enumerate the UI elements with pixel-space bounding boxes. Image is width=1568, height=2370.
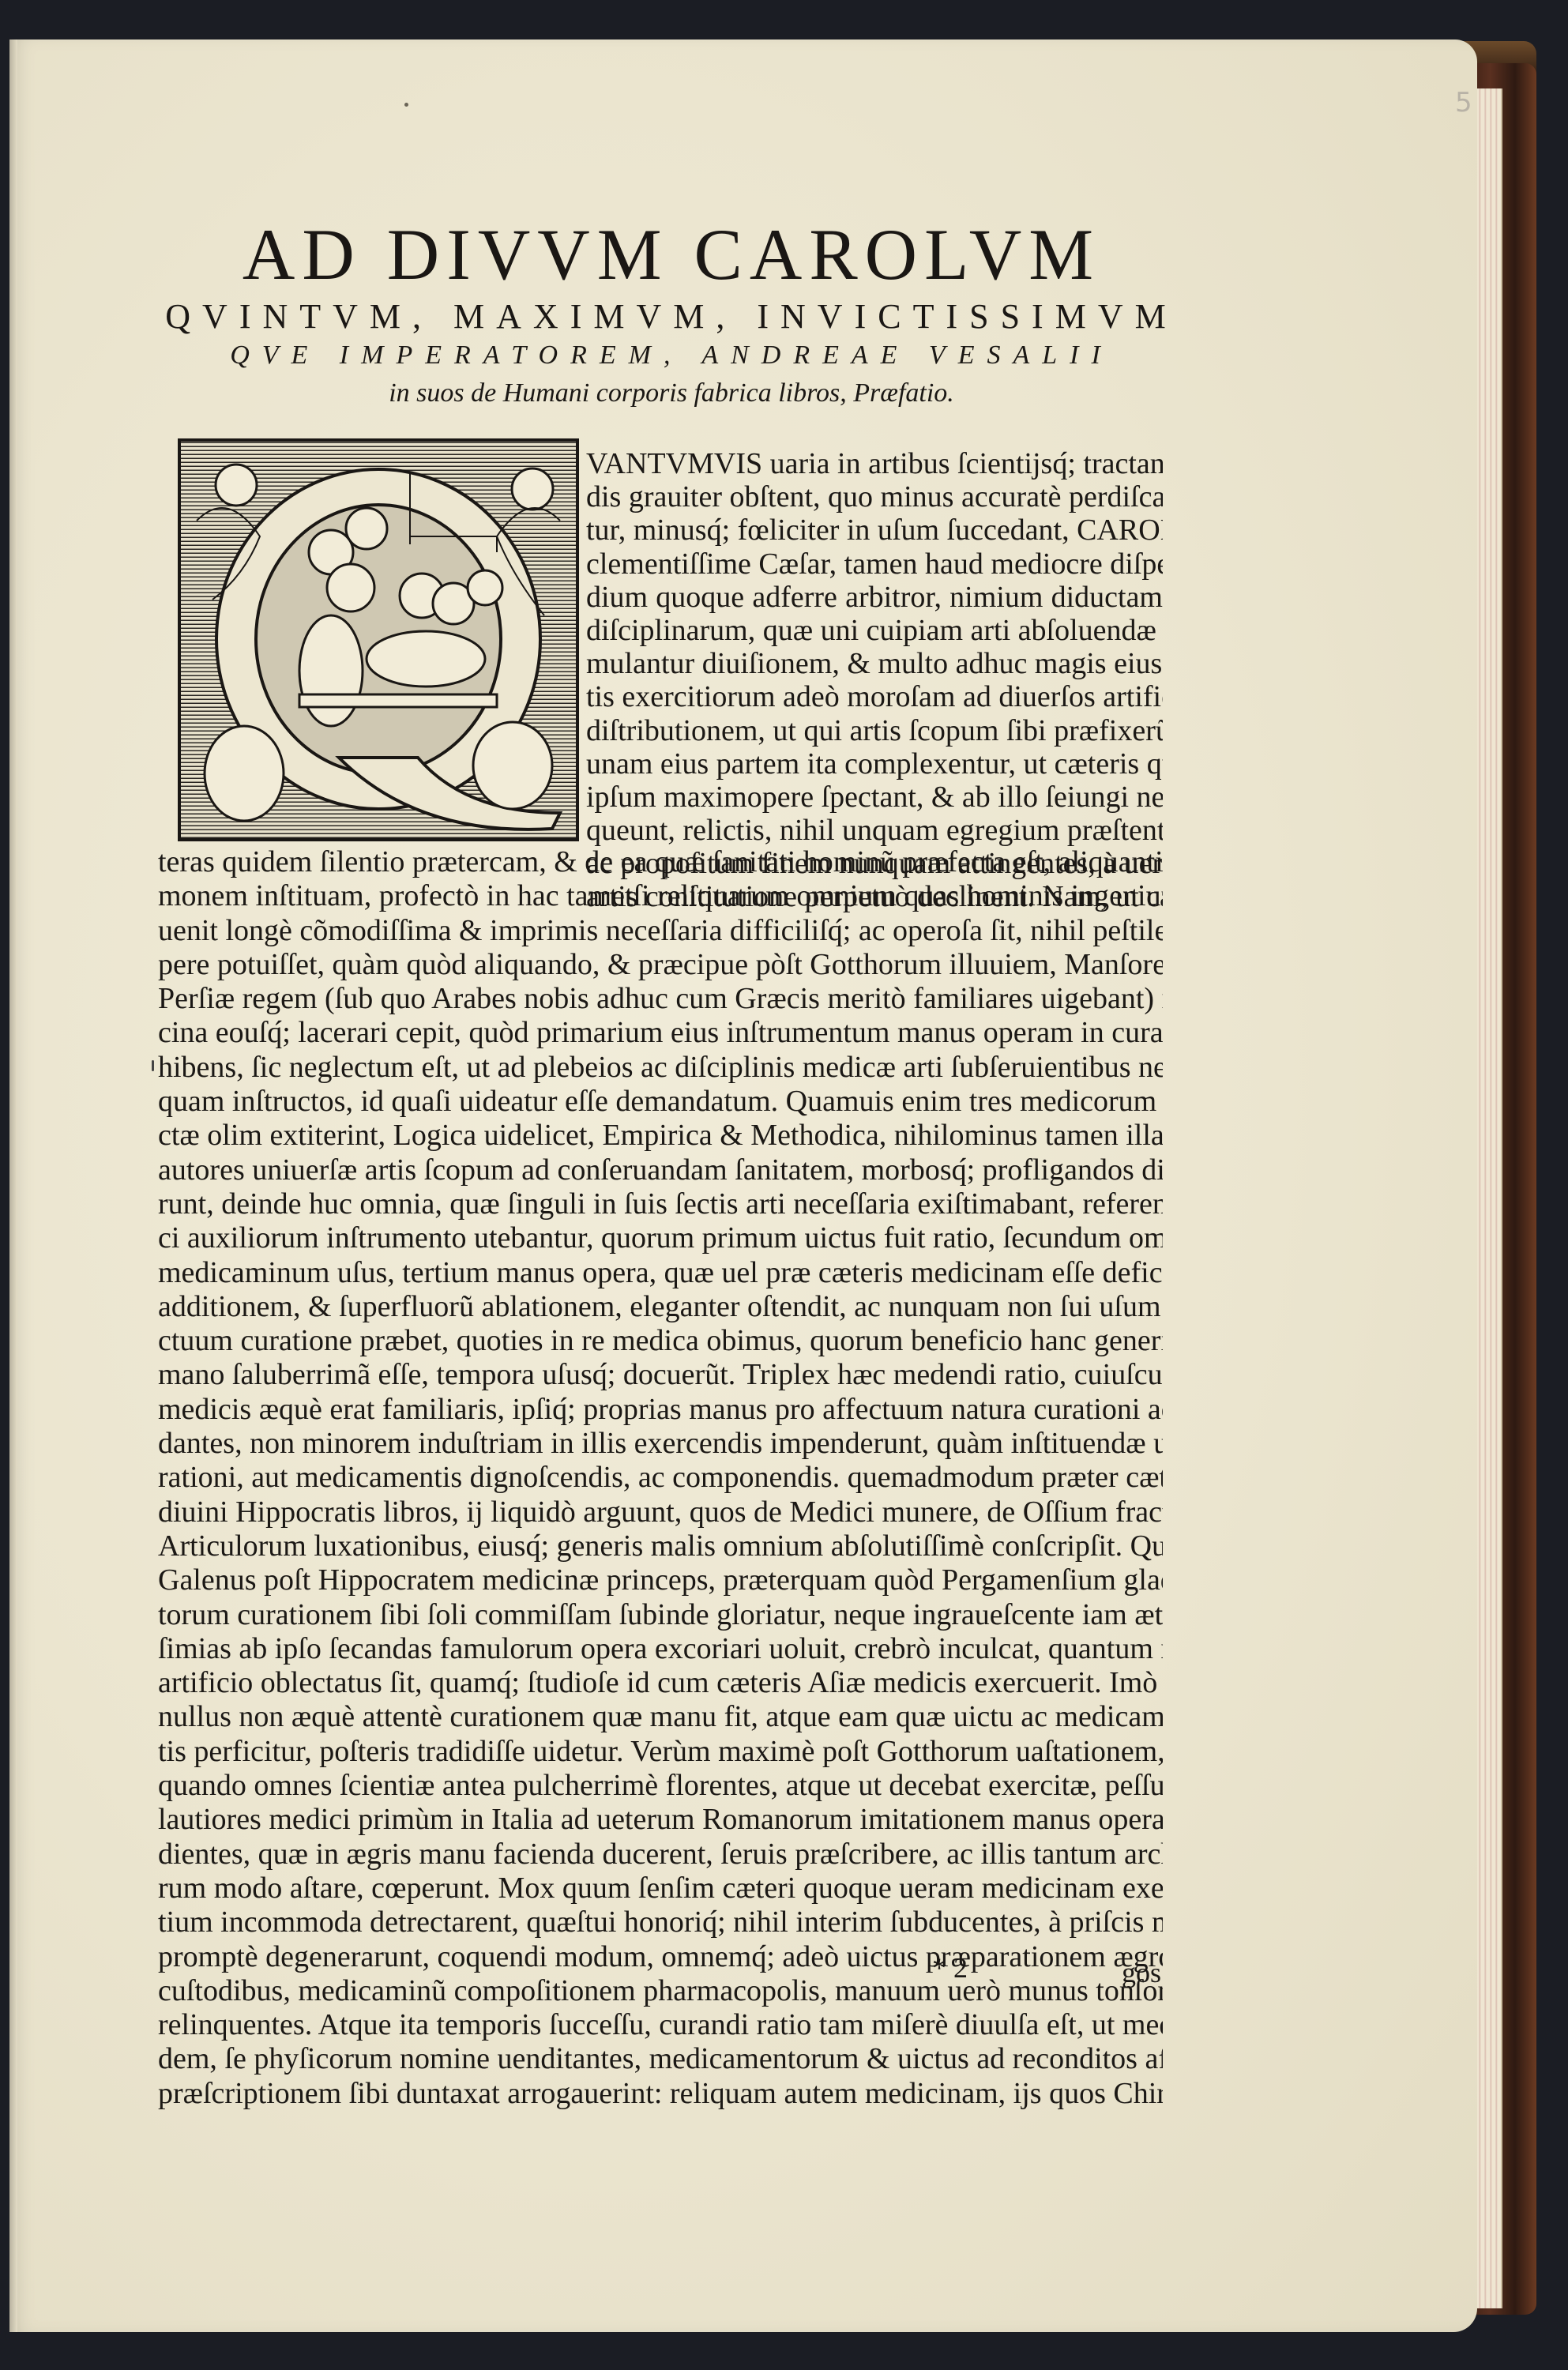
text-line: præſcriptionem ſibi duntaxat arrogauerin…: [158, 2077, 1163, 2111]
text-line: additionem, & ſuperfluorũ ablationem, el…: [158, 1290, 1163, 1324]
text-line: rum modo aſtare, cœperunt. Mox quum ſenſ…: [158, 1872, 1163, 1905]
text-line: dium quoque adferre arbitror, nimium did…: [586, 581, 1163, 614]
catchword-line: * 2 gos: [932, 1951, 1161, 1991]
pencil-folio-number: 5: [1455, 87, 1472, 118]
text-line: monem inſtituam, profectò in hac tametſi…: [158, 879, 1163, 913]
text-line: unam eius partem ita complexentur, ut cæ…: [586, 747, 1163, 781]
title-line-4: in suos de Humani corporis fabrica libro…: [158, 378, 1185, 409]
text-line: ipſum maximopere ſpectant, & ab illo ſei…: [586, 781, 1163, 814]
text-line: torum curationem ſibi ſoli commiſſam ſub…: [158, 1598, 1163, 1632]
text-line: cina eouſq́; lacerari cepit, quòd primar…: [158, 1016, 1163, 1050]
paper-speck: [404, 103, 408, 107]
woodcut-initial-icon: [181, 442, 576, 838]
text-line: Perſiæ regem (ſub quo Arabes nobis adhuc…: [158, 982, 1163, 1016]
text-line: dis grauiter obſtent, quo minus accuratè…: [586, 480, 1163, 513]
text-line: mano ſaluberrimã eſſe, tempora uſusq́; d…: [158, 1358, 1163, 1392]
text-line: medicis æquè erat familiaris, ipſiq́; pr…: [158, 1393, 1163, 1427]
woodcut-initial-q: [178, 438, 579, 841]
text-line: quam inſtructos, id quaſi uideatur eſſe …: [158, 1085, 1163, 1119]
text-line: dem, ſe phyſicorum nomine uenditantes, m…: [158, 2042, 1163, 2076]
text-line: medicaminum uſus, tertium manus opera, q…: [158, 1256, 1163, 1290]
text-line: VANTVMVIS uaria in artibus ſcientijsq́; …: [586, 447, 1163, 480]
text-line: diſtributionem, ut qui artis ſcopum ſibi…: [586, 714, 1163, 747]
title-line-3: QVE IMPERATOREM, ANDREAE VESALII: [158, 340, 1185, 371]
text-line: quando omnes ſcientiæ antea pulcherrimè …: [158, 1769, 1163, 1803]
text-line: mulantur diuiſionem, & multo adhuc magis…: [586, 647, 1163, 680]
text-line: artificio oblectatus ſit, quamq́; ſtudio…: [158, 1666, 1163, 1700]
body-text-full-width: teras quidem ſilentio prætercam, & de ea…: [158, 845, 1163, 2111]
text-line: diuini Hippocratis libros, ij liquidò ar…: [158, 1495, 1163, 1529]
text-line: queunt, relictis, nihil unquam egregium …: [586, 814, 1163, 847]
text-line: nullus non æquè attentè curationem quæ m…: [158, 1700, 1163, 1734]
text-line: teras quidem ſilentio prætercam, & de ea…: [158, 845, 1163, 879]
text-line: ci auxiliorum inſtrumento utebantur, quo…: [158, 1221, 1163, 1255]
text-line: pere potuiſſet, quàm quòd aliquando, & p…: [158, 948, 1163, 982]
text-line: clementiſſime Cæſar, tamen haud mediocre…: [586, 547, 1163, 581]
text-line: runt, deinde huc omnia, quæ ſinguli in ſ…: [158, 1187, 1163, 1221]
text-line: tis perficitur, poſteris tradidiſſe uide…: [158, 1735, 1163, 1769]
text-line: autores uniuerſæ artis ſcopum ad conſeru…: [158, 1153, 1163, 1187]
page-fore-edge: [1476, 88, 1502, 2308]
signature-mark: * 2: [932, 1951, 968, 1984]
text-beside-initial: VANTVMVIS uaria in artibus ſcientijsq́; …: [586, 447, 1163, 914]
text-line: ctuum curatione præbet, quoties in re me…: [158, 1324, 1163, 1358]
text-line: dantes, non minorem induſtriam in illis …: [158, 1427, 1163, 1461]
text-line: rationi, aut medicamentis dignoſcendis, …: [158, 1461, 1163, 1495]
title-line-2: QVINTVM, MAXIMVM, INVICTISSIMVM: [158, 297, 1185, 337]
text-line: tium incommoda detrectarent, quæſtui hon…: [158, 1905, 1163, 1939]
margin-mark: [152, 1060, 154, 1071]
text-line: hibens, ſic neglectum eſt, ut ad plebeio…: [158, 1051, 1163, 1085]
text-line: ſimias ab ipſo ſecandas famulorum opera …: [158, 1632, 1163, 1666]
text-line: Galenus poſt Hippocratem medicinæ prince…: [158, 1563, 1163, 1597]
text-line: lautiores medici primùm in Italia ad uet…: [158, 1803, 1163, 1837]
text-line: diſciplinarum, quæ uni cuipiam arti abſo…: [586, 614, 1163, 647]
title-line-1: AD DIVVM CAROLVM: [158, 215, 1185, 294]
text-line: ctæ olim extiterint, Logica uidelicet, E…: [158, 1119, 1163, 1153]
text-line: tur, minusq́; fœliciter in uſum ſuccedan…: [586, 513, 1163, 547]
text-line: Articulorum luxationibus, eiusq́; generi…: [158, 1529, 1163, 1563]
catchword: gos: [1122, 1956, 1161, 1989]
page-gutter: [9, 39, 17, 2332]
text-line: dientes, quæ in ægris manu facienda duce…: [158, 1838, 1163, 1872]
text-line: tis exercitiorum adeò moroſam ad diuerſo…: [586, 680, 1163, 713]
text-line: uenit longè cõmodiſſima & imprimis neceſ…: [158, 914, 1163, 948]
text-line: relinquentes. Atque ita temporis ſucceſſ…: [158, 2008, 1163, 2042]
